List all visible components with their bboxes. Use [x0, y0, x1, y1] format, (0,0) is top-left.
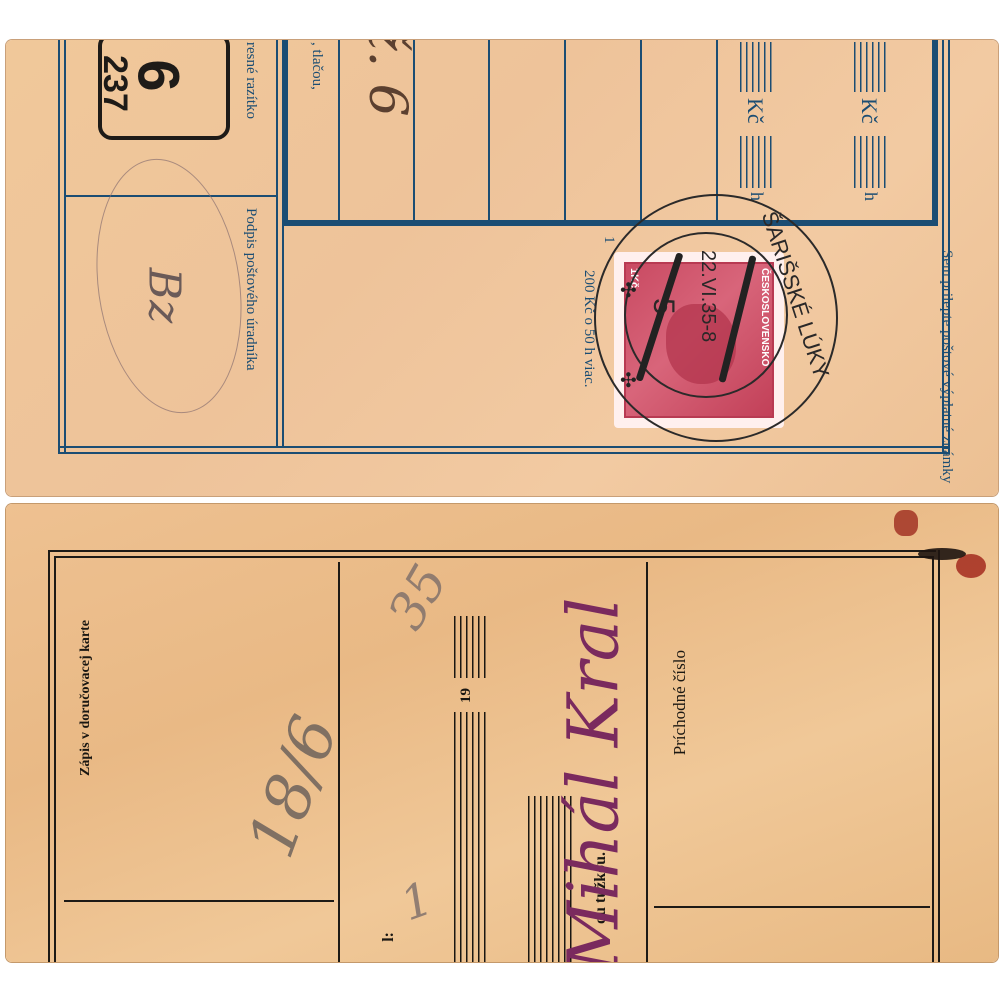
border-rule [938, 550, 940, 962]
column-rule [640, 40, 642, 220]
year-prefix: 19 [458, 688, 475, 703]
border-rule [64, 40, 66, 454]
column-rule [646, 562, 648, 962]
pencil-mark: 1 [394, 871, 440, 932]
column-rule [716, 40, 718, 220]
column-rule [564, 40, 566, 220]
border-rule [48, 550, 50, 962]
border-rule [54, 556, 934, 558]
border-rule [58, 452, 950, 454]
parcel-card-back: Zápis v doručovacej karte Príchodné čísl… [6, 504, 998, 962]
box-stamp-number: 237 [95, 55, 134, 112]
parcel-card-front: Kč h Kč h 6 237 resné razítko Podpis poš… [6, 40, 998, 496]
pencil-number: 18/6 [235, 707, 354, 867]
row-rule [64, 900, 334, 902]
stamp-label: resné razítko [242, 42, 259, 119]
arrival-number-label: Príchodné číslo [670, 650, 690, 755]
registration-box-stamp: 6 237 [98, 40, 230, 140]
stain [918, 548, 966, 560]
border-rule [58, 40, 60, 454]
signature-label: Podpis poštového úradníka [242, 208, 259, 371]
fee-box-border [282, 40, 288, 226]
column-rule [276, 40, 278, 446]
column-rule [338, 40, 340, 220]
border-rule [48, 550, 936, 552]
amount-hatch [740, 136, 774, 188]
fee-box-border [282, 220, 938, 226]
stain [894, 510, 918, 536]
amount-hatch [854, 42, 888, 92]
row-rule [654, 906, 930, 908]
currency-h-label: h [860, 192, 881, 201]
delivery-entry-label: Zápis v doručovacej karte [78, 620, 94, 776]
border-rule [54, 556, 56, 962]
column-rule [488, 40, 490, 220]
postmark-cross-icon: ✣ [620, 278, 637, 303]
pencil-year-digits: 35 [377, 555, 459, 639]
currency-kc-label: Kč [742, 98, 768, 124]
print-label: , tlačou, [308, 42, 325, 90]
fee-rule-line1: 1 [600, 236, 617, 244]
affix-stamps-label: Sem prilepte poštové výplatné známky [912, 250, 956, 483]
box-stamp-digit: 6 [125, 59, 192, 91]
border-rule [58, 446, 950, 448]
postmark-cross-icon: ✣ [620, 368, 637, 393]
date-hatch [454, 616, 486, 678]
date-hatch [454, 712, 486, 962]
amount-hatch [854, 136, 888, 188]
colon-fragment: l: [380, 932, 398, 942]
pencil-initials: Bz [138, 268, 189, 324]
handwritten-signature: Mihál Kral [553, 597, 635, 962]
amount-hatch [740, 42, 774, 92]
border-rule [932, 556, 934, 962]
handwritten-marks: ž. 6 [357, 40, 417, 117]
currency-kc-label: Kč [856, 98, 882, 124]
postmark-date: 22.VI.35-8 [696, 250, 719, 342]
fee-box-border [932, 40, 938, 226]
column-rule [282, 226, 284, 446]
